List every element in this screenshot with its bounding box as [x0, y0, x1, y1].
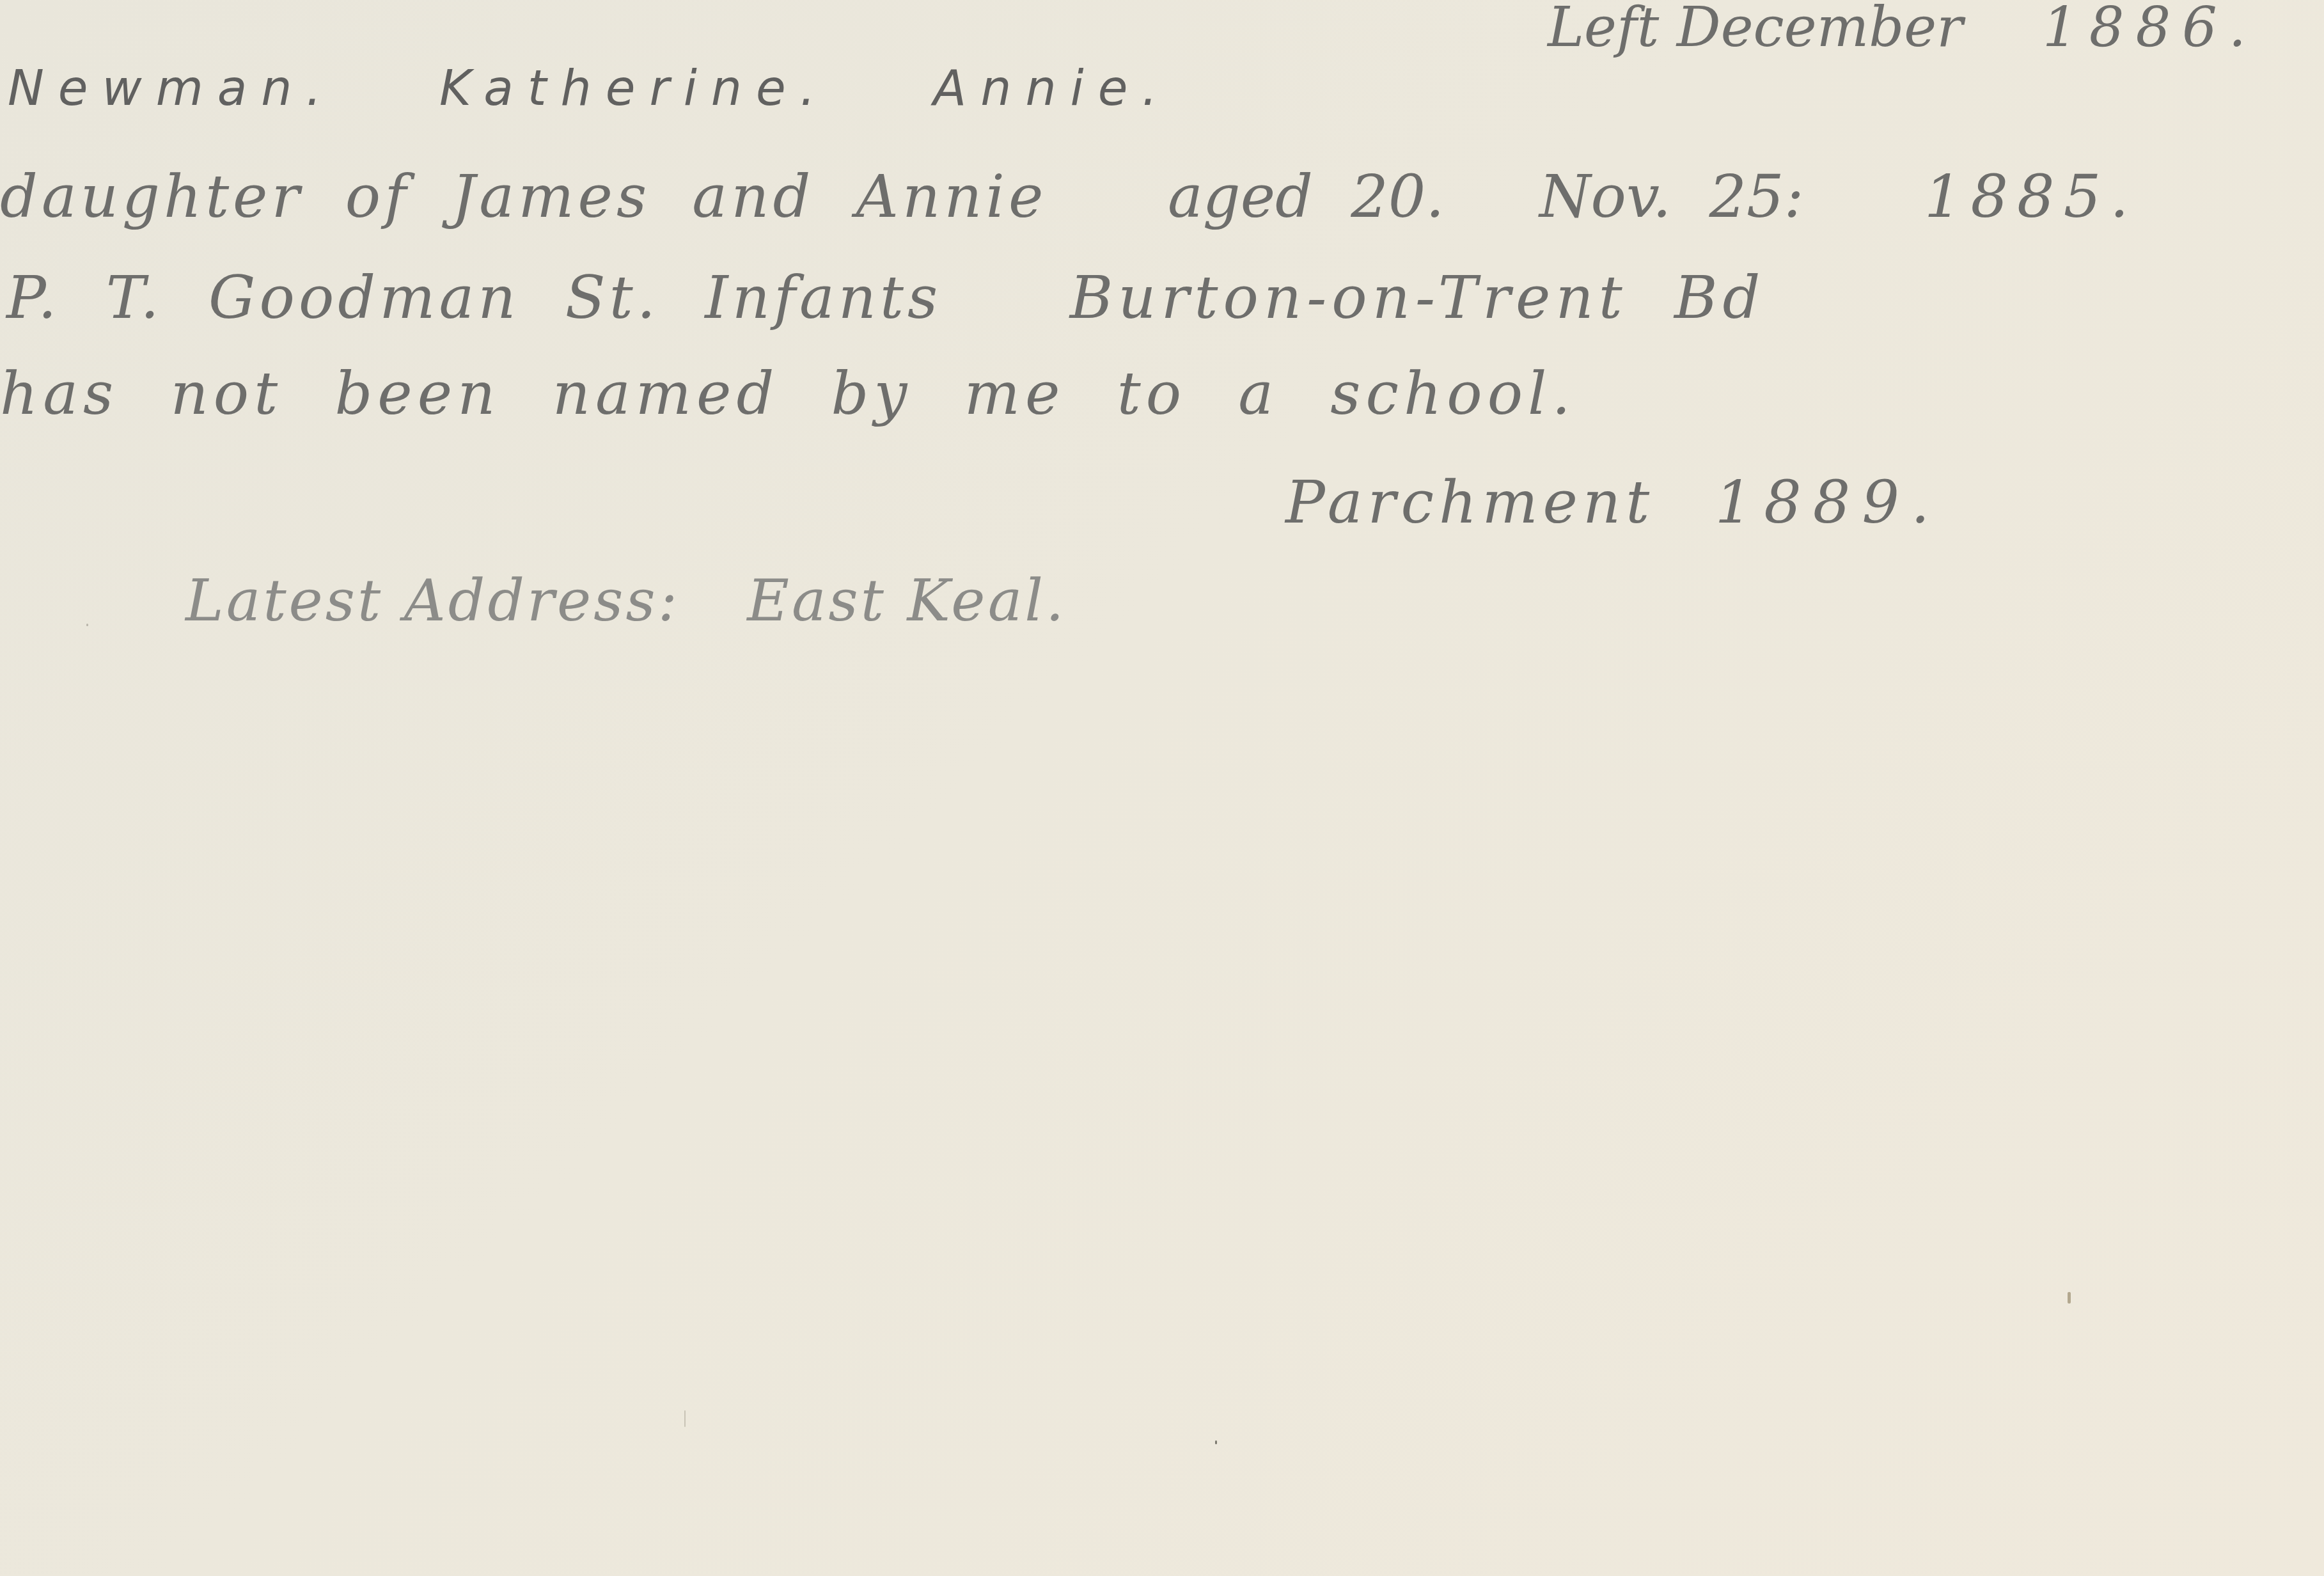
latest-address-label: Latest Address: — [185, 567, 680, 634]
parentage-relation: daughter of James and Annie — [0, 162, 1047, 231]
paper-speck — [2068, 1292, 2071, 1304]
school-text: P. T. Goodman St. Infants — [6, 264, 941, 332]
school-line: P. T. Goodman St. Infants Burton-on-Tren… — [6, 269, 1766, 327]
latest-address-value: East Keal. — [747, 567, 1066, 634]
left-month: December — [1677, 0, 1963, 59]
parchment-label: Parchment — [1285, 468, 1654, 537]
naming-note-text: has not been named by me to a school. — [0, 359, 1576, 428]
school-place: Burton-on-Trent Bd — [1070, 264, 1766, 332]
left-label: Left — [1548, 0, 1659, 59]
surname: Newman. — [8, 59, 336, 116]
name-line: Newman. Katherine. Annie. — [8, 64, 1172, 113]
given-name-1: Katherine. — [439, 59, 829, 116]
paper-speck — [1215, 1440, 1217, 1444]
document-page: Left December 1886. Newman. Katherine. A… — [0, 0, 2324, 1576]
paper-speck — [86, 624, 88, 626]
given-name-2: Annie. — [933, 59, 1171, 116]
parchment-line: Parchment 1889. — [1285, 473, 1941, 532]
parentage-line: daughter of James and Annie aged 20. Nov… — [0, 168, 2137, 226]
left-year: 1886. — [2043, 0, 2257, 59]
parentage-date: Nov. 25: — [1539, 162, 1804, 231]
parentage-year: 1885. — [1924, 162, 2137, 231]
parentage-age: aged 20. — [1168, 162, 1445, 231]
latest-address-line: Latest Address: East Keal. — [185, 572, 1067, 630]
parchment-year: 1889. — [1715, 468, 1941, 537]
naming-note: has not been named by me to a school. — [0, 365, 1576, 423]
left-date-note: Left December 1886. — [1548, 0, 2257, 55]
paper-fiber — [684, 1410, 686, 1427]
